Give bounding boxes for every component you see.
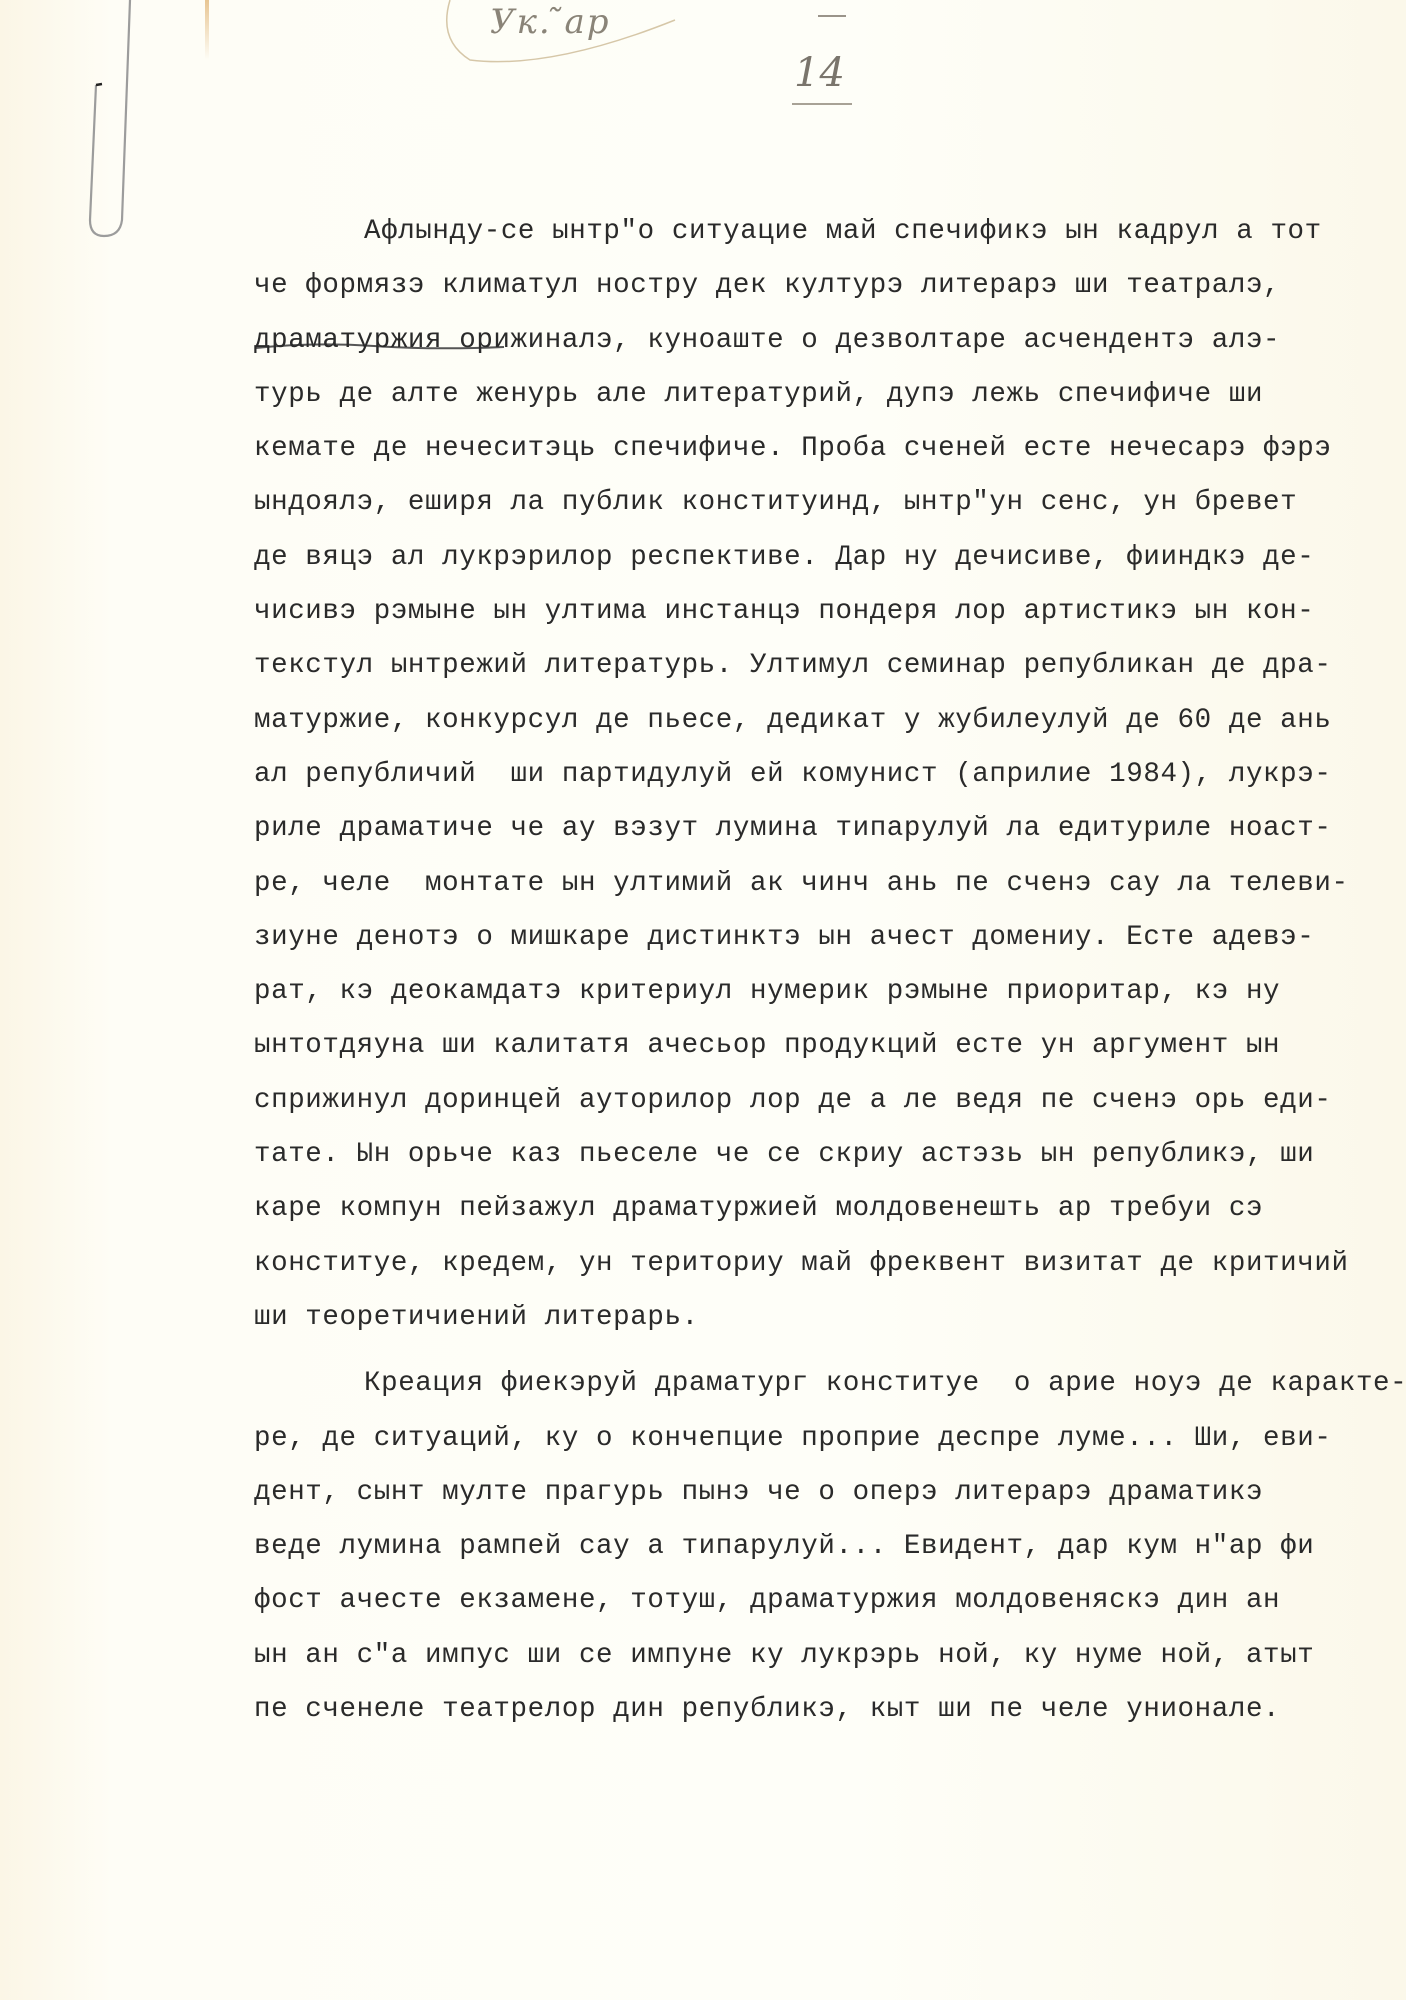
- text-line: сприжинул доринцей ауторилор лор де а ле…: [254, 1074, 1394, 1128]
- text-line: пе сченеле театрелор дин републикэ, кыт …: [254, 1683, 1394, 1737]
- text-line: фост ачесте екзамене, тотуш, драматуржия…: [254, 1574, 1394, 1628]
- text-line: ал републичий ши партидулуй ей комунист …: [254, 748, 1394, 802]
- text-line: риле драматиче че ау вэзут лумина типару…: [254, 802, 1394, 856]
- text-line: веде лумина рампей сау а типарулуй... Ев…: [254, 1520, 1394, 1574]
- page-number-underline: [792, 103, 852, 105]
- text-line: рат, кэ деокамдатэ критериул нумерик рэм…: [254, 965, 1394, 1019]
- paragraph: Афлынду-се ынтр"о ситуацие май спечификэ…: [254, 205, 1394, 1345]
- text-line: зиуне денотэ о мишкаре дистинктэ ын ачес…: [254, 911, 1394, 965]
- text-line: ре, челе монтате ын ултимий ак чинч ань …: [254, 857, 1394, 911]
- text-line: кемате де нечеситэць спечифиче. Проба сч…: [254, 422, 1394, 476]
- text-line: матуржие, конкурсул де пьесе, дедикат у …: [254, 694, 1394, 748]
- text-line: дент, сынт мулте прагурь пынэ че о оперэ…: [254, 1466, 1394, 1520]
- text-line: де вяцэ ал лукрэрилор респективе. Дар ну…: [254, 531, 1394, 585]
- handwritten-note: Ук. ̃ар: [490, 2, 611, 42]
- rust-stain: [205, 0, 209, 60]
- text-line: турь де алте женурь але литературий, дуп…: [254, 368, 1394, 422]
- document-page: Ук. ̃ар 14 Афлынду-се ынтр"о ситуацие ма…: [0, 0, 1406, 2000]
- text-line: ындоялэ, еширя ла публик конституинд, ын…: [254, 476, 1394, 530]
- text-line: ши теоретичиений литерарь.: [254, 1291, 1394, 1345]
- text-line: ын ан с"а импус ши се импуне ку лукрэрь …: [254, 1629, 1394, 1683]
- text-line: текстул ынтрежий литературь. Ултимул сем…: [254, 639, 1394, 693]
- text-line: тате. Ын орьче каз пьеселе че се скриу а…: [254, 1128, 1394, 1182]
- paragraph: Креация фиекэруй драматург конституе о а…: [254, 1357, 1394, 1737]
- text-line: чисивэ рэмыне ын ултима инстанцэ пондеря…: [254, 585, 1394, 639]
- paperclip-icon: [70, 0, 150, 240]
- text-line: че формязэ климатул ностру дек културэ л…: [254, 259, 1394, 313]
- text-line: ре, де ситуаций, ку о кончепцие проприе …: [254, 1412, 1394, 1466]
- text-line: Афлынду-се ынтр"о ситуацие май спечификэ…: [254, 205, 1394, 259]
- text-line: Креация фиекэруй драматург конституе о а…: [254, 1357, 1394, 1411]
- text-line: ынтотдяуна ши калитатя ачесьор продукций…: [254, 1019, 1394, 1073]
- text-line: конституе, кредем, ун териториу май фрек…: [254, 1237, 1394, 1291]
- text-line: драматуржия орижиналэ, куноаште о дезвол…: [254, 314, 1394, 368]
- typewritten-body: Афлынду-се ынтр"о ситуацие май спечификэ…: [254, 205, 1394, 1737]
- page-number-annotation: 14: [780, 10, 860, 110]
- paragraph-gap: [254, 1345, 1394, 1357]
- page-number: 14: [794, 50, 845, 96]
- page-number-overline: [818, 15, 846, 17]
- text-line: каре компун пейзажул драматуржией молдов…: [254, 1182, 1394, 1236]
